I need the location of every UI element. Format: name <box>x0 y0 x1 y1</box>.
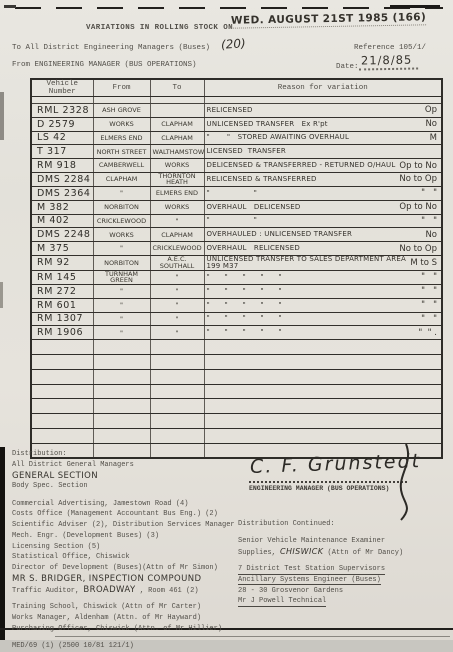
reason-cell: OVERHAUL DELICENSEDOp to No <box>204 200 442 214</box>
table-row: RM 601""" " " " "" " <box>31 298 442 312</box>
reason-wrap: UNLICENSED TRANSFER TO SALES DEPARTMENT … <box>207 256 440 270</box>
date-value-handwritten: 21/8/85 <box>359 52 419 70</box>
to-cell: CLAPHAM <box>150 228 204 242</box>
from-cell: WORKS <box>93 228 150 242</box>
distribution-right-line: 28 - 30 Grosvenor Gardens <box>238 587 450 596</box>
reason-text: " " " " " <box>207 274 282 281</box>
reason-wrap: " " " " "" " <box>207 286 440 296</box>
reason-cell: " " " " "" " <box>204 284 442 298</box>
distribution-left-text: BROADWAY <box>83 585 135 595</box>
reason-cell: " "" " <box>204 186 442 200</box>
date-label: Date: <box>336 63 359 71</box>
to-cell: WORKS <box>150 159 204 173</box>
reason-text: " " " " " <box>207 302 282 309</box>
distribution-right-line: Ancillary Systems Engineer (Buses) <box>238 576 450 585</box>
reason-text: UNLICENSED TRANSFER TO SALES DEPARTMENT … <box>207 256 411 270</box>
reason-cell: DELICENSED & TRANSFERRED - RETURNED O/HA… <box>204 159 442 173</box>
distribution-left-line: Training School, Chiswick (Attn of Mr Ca… <box>12 603 244 612</box>
distribution-left-line: Scientific Adviser (2), Distribution Ser… <box>12 521 244 530</box>
vehicle-number-cell: M 402 <box>31 214 93 228</box>
vehicle-number-cell: M 382 <box>31 200 93 214</box>
status-note: M <box>430 133 439 143</box>
reason-wrap: " " STORED AWAITING OVERHAULM <box>207 133 440 143</box>
distribution-left-text: All District General Managers <box>12 461 134 469</box>
table-row: M 402CRICKLEWOOD"" "" " <box>31 214 442 228</box>
vehicle-number-cell: DMS 2364 <box>31 186 93 200</box>
from-cell: WORKS <box>93 117 150 131</box>
distribution-left-text: Commercial Advertising, Jamestown Road (… <box>12 500 188 508</box>
table-row-empty <box>31 428 442 443</box>
distribution-right-text: Ancillary Systems Engineer (Buses) <box>238 576 381 586</box>
empty-cell <box>31 340 93 355</box>
distribution-right-spacer <box>238 531 450 536</box>
empty-cell <box>93 414 150 429</box>
reason-text: OVERHAUL RELICENSED <box>207 245 300 252</box>
reason-cell: OVERHAULED : UNLICENSED TRANSFERNo <box>204 228 442 242</box>
table-row: RM 92NORBITONA.E.C. SOUTHALLUNLICENSED T… <box>31 255 442 270</box>
memo-title-printed: VARIATIONS IN ROLLING STOCK ON <box>86 24 233 32</box>
signature-flourish-stroke <box>392 442 422 524</box>
from-cell: " <box>93 242 150 256</box>
table-row: RM 272""" " " " "" " <box>31 284 442 298</box>
status-note: " " <box>421 314 439 324</box>
vehicle-number-cell: D 2579 <box>31 117 93 131</box>
from-cell: ELMERS END <box>93 131 150 145</box>
scan-artifact-left-smudge <box>0 92 4 140</box>
gap-cell <box>93 97 150 104</box>
vehicle-number-cell: RM 601 <box>31 298 93 312</box>
scan-artifact-top-left-mark <box>4 5 16 8</box>
status-note: " " . <box>418 328 439 338</box>
vehicle-number-cell: RM 1307 <box>31 312 93 326</box>
reason-wrap: OVERHAUL DELICENSEDOp to No <box>207 202 440 212</box>
status-note: " " <box>421 188 439 198</box>
distribution-left-line: Commercial Advertising, Jamestown Road (… <box>12 500 244 509</box>
from-cell: TURNHAM GREEN <box>93 270 150 284</box>
from-cell: NORBITON <box>93 200 150 214</box>
reason-text: OVERHAULED : UNLICENSED TRANSFER <box>207 231 353 238</box>
distribution-right-text: Mr J Powell Technical <box>238 597 326 607</box>
from-cell: CAMBERWELL <box>93 159 150 173</box>
distribution-right-text: 7 District Test Station Supervisors <box>238 565 385 575</box>
table-row-empty <box>31 369 442 384</box>
from-cell: ASH GROVE <box>93 104 150 118</box>
distribution-right-line: 7 District Test Station Supervisors <box>238 565 450 574</box>
gap-cell <box>150 97 204 104</box>
empty-cell <box>93 340 150 355</box>
reason-wrap: " "" " <box>207 216 440 226</box>
distribution-right-line: Supplies, CHISWICK (Attn of Mr Dancy) <box>238 548 450 557</box>
to-cell: WORKS <box>150 200 204 214</box>
to-cell: CLAPHAM <box>150 131 204 145</box>
table-row: RM 145TURNHAM GREEN"" " " " "" " <box>31 270 442 284</box>
empty-cell <box>31 354 93 369</box>
vehicle-number-cell: T 317 <box>31 145 93 159</box>
from-line: From ENGINEERING MANAGER (BUS OPERATIONS… <box>12 61 197 69</box>
distribution-left-spacer <box>12 597 244 602</box>
from-cell: NORTH STREET <box>93 145 150 159</box>
reason-text: " " STORED AWAITING OVERHAUL <box>207 134 350 141</box>
vehicle-number-cell: RM 272 <box>31 284 93 298</box>
distribution-left-text: , Room 461 (2) <box>136 587 199 595</box>
reason-text: RELICENSED & TRANSFERRED <box>207 176 317 183</box>
col-header-to: To <box>150 79 204 97</box>
distribution-left-text: Distribution: <box>12 450 67 458</box>
signature-title: ENGINEERING MANAGER (BUS OPERATIONS) <box>249 485 389 492</box>
distribution-left-line: Works Manager, Aldenham (Attn. of Mr Hay… <box>12 614 244 623</box>
to-cell: CRICKLEWOOD <box>150 242 204 256</box>
distribution-left-line: Traffic Auditor, BROADWAY , Room 461 (2) <box>12 586 244 595</box>
table-row-empty <box>31 399 442 414</box>
from-cell: " <box>93 284 150 298</box>
empty-cell <box>150 369 204 384</box>
empty-cell <box>150 340 204 355</box>
to-cell: THORNTON HEATH <box>150 172 204 186</box>
empty-cell <box>150 384 204 399</box>
distribution-left-text: GENERAL SECTION <box>12 471 98 481</box>
status-note: Op to No <box>399 161 439 171</box>
reason-cell: RELICENSEDOp <box>204 104 442 118</box>
reason-text: UNLICENSED TRANSFER Ex R'pt <box>207 121 328 128</box>
distribution-list-right: Distribution Continued:Senior Vehicle Ma… <box>238 520 450 608</box>
table-row: RML 2328ASH GROVERELICENSEDOp <box>31 104 442 118</box>
empty-cell <box>93 354 150 369</box>
variations-table-body: RML 2328ASH GROVERELICENSEDOpD 2579WORKS… <box>31 104 442 459</box>
table-row-empty <box>31 354 442 369</box>
empty-cell <box>204 354 442 369</box>
reason-cell: LICENSED TRANSFER <box>204 145 442 159</box>
reason-text: DELICENSED & TRANSFERRED - RETURNED O/HA… <box>207 162 396 169</box>
empty-cell <box>204 369 442 384</box>
empty-cell <box>150 399 204 414</box>
empty-cell <box>31 399 93 414</box>
from-cell: CRICKLEWOOD <box>93 214 150 228</box>
reason-wrap: " " " " "" " <box>207 300 440 310</box>
distribution-left-text: MR S. BRIDGER, INSPECTION COMPOUND <box>12 574 201 584</box>
status-note: Op <box>425 105 439 115</box>
reason-wrap: OVERHAULED : UNLICENSED TRANSFERNo <box>207 230 440 240</box>
empty-cell <box>204 399 442 414</box>
scanned-memo-page: VARIATIONS IN ROLLING STOCK ON WED. AUGU… <box>0 0 453 640</box>
reason-cell: " " " " "" " <box>204 298 442 312</box>
distribution-left-text: Statistical Office, Chiswick <box>12 553 130 561</box>
reason-text: " " " " " <box>207 329 282 336</box>
from-cell: " <box>93 312 150 326</box>
status-note: Op to No <box>399 202 439 212</box>
table-row: RM 918CAMBERWELLWORKSDELICENSED & TRANSF… <box>31 159 442 173</box>
reason-cell: OVERHAUL RELICENSEDNo to Op <box>204 242 442 256</box>
vehicle-number-cell: DMS 2284 <box>31 172 93 186</box>
reason-cell: " "" " <box>204 214 442 228</box>
status-note: No <box>425 119 439 129</box>
table-row: LS 42ELMERS ENDCLAPHAM" " STORED AWAITIN… <box>31 131 442 145</box>
vehicle-number-cell: RM 1906 <box>31 326 93 340</box>
reason-wrap: OVERHAUL RELICENSEDNo to Op <box>207 244 440 254</box>
distribution-left-line: Licensing Section (5) <box>12 543 244 552</box>
reference-number: Reference 105/1/ <box>354 44 426 52</box>
table-row-empty <box>31 414 442 429</box>
distribution-left-line: All District General Managers <box>12 461 244 470</box>
to-cell: " <box>150 326 204 340</box>
reason-wrap: DELICENSED & TRANSFERRED - RETURNED O/HA… <box>207 161 440 171</box>
empty-cell <box>204 384 442 399</box>
status-note: " " <box>421 286 439 296</box>
empty-cell <box>150 428 204 443</box>
status-note: " " <box>421 300 439 310</box>
vehicle-number-cell: RM 145 <box>31 270 93 284</box>
status-note: No <box>425 230 439 240</box>
to-cell: WALTHAMSTOW <box>150 145 204 159</box>
reason-cell: " " " " "" " . <box>204 326 442 340</box>
memo-title-handwritten: WED. AUGUST 21ST 1985 (166) <box>231 11 426 28</box>
empty-cell <box>31 369 93 384</box>
distribution-left-text: Works Manager, Aldenham (Attn. of Mr Hay… <box>12 614 201 622</box>
table-row: M 382NORBITONWORKSOVERHAUL DELICENSEDOp … <box>31 200 442 214</box>
distribution-left-spacer <box>12 493 244 498</box>
distribution-left-text: Costs Office (Management Accountant Bus … <box>12 510 218 518</box>
reason-text: " " <box>207 217 258 224</box>
status-note: No to Op <box>399 174 439 184</box>
empty-cell <box>93 369 150 384</box>
table-row: RM 1307""" " " " "" " <box>31 312 442 326</box>
distribution-left-line: Distribution: <box>12 450 244 459</box>
vehicle-number-cell: RM 92 <box>31 255 93 270</box>
empty-cell <box>93 399 150 414</box>
to-cell: " <box>150 270 204 284</box>
vehicle-number-cell: M 375 <box>31 242 93 256</box>
gap-cell <box>204 97 442 104</box>
distribution-right-text: Supplies, <box>238 549 280 557</box>
distribution-right-line: Distribution Continued: <box>238 520 450 529</box>
signature-dotted-line <box>249 481 407 483</box>
vehicle-number-cell: RM 918 <box>31 159 93 173</box>
table-gap-row <box>31 97 442 104</box>
distribution-left-line: Costs Office (Management Accountant Bus … <box>12 510 244 519</box>
variations-table: Vehicle Number From To Reason for variat… <box>30 78 441 459</box>
to-cell: " <box>150 284 204 298</box>
reason-text: " " " " " <box>207 315 282 322</box>
status-note: No to Op <box>399 244 439 254</box>
distribution-right-text: CHISWICK <box>280 547 323 556</box>
reason-cell: UNLICENSED TRANSFER Ex R'ptNo <box>204 117 442 131</box>
vehicle-number-cell: RML 2328 <box>31 104 93 118</box>
table-row: D 2579WORKSCLAPHAMUNLICENSED TRANSFER Ex… <box>31 117 442 131</box>
table-row: RM 1906""" " " " "" " . <box>31 326 442 340</box>
distribution-left-text: Training School, Chiswick (Attn of Mr Ca… <box>12 603 201 611</box>
empty-cell <box>150 354 204 369</box>
empty-cell <box>31 414 93 429</box>
empty-cell <box>31 384 93 399</box>
status-note: M to S <box>410 258 439 268</box>
reason-wrap: RELICENSEDOp <box>207 105 440 115</box>
col-header-vehicle-number: Vehicle Number <box>31 79 93 97</box>
distribution-left-text: Licensing Section (5) <box>12 543 100 551</box>
from-cell: " <box>93 298 150 312</box>
reason-cell: UNLICENSED TRANSFER TO SALES DEPARTMENT … <box>204 255 442 270</box>
table-row: M 375"CRICKLEWOODOVERHAUL RELICENSEDNo t… <box>31 242 442 256</box>
distribution-right-text: 28 - 30 Grosvenor Gardens <box>238 587 343 595</box>
distribution-right-line: Senior Vehicle Maintenance Examiner <box>238 537 450 546</box>
to-cell: " <box>150 298 204 312</box>
distribution-left-line: Purchasing Officer, Chiswick (Attn. of M… <box>12 625 244 634</box>
to-cell: " <box>150 312 204 326</box>
from-cell: " <box>93 186 150 200</box>
reason-text: " " <box>207 190 258 197</box>
reason-wrap: " "" " <box>207 188 440 198</box>
scan-artifact-left-smudge <box>0 282 3 308</box>
from-cell: NORBITON <box>93 255 150 270</box>
status-note: " " <box>421 272 439 282</box>
reason-wrap: " " " " "" " <box>207 272 440 282</box>
empty-cell <box>93 428 150 443</box>
reason-cell: RELICENSED & TRANSFERREDNo to Op <box>204 172 442 186</box>
distribution-right-spacer <box>238 559 450 564</box>
to-cell: " <box>150 214 204 228</box>
reason-cell: " " " " "" " <box>204 270 442 284</box>
from-cell: CLAPHAM <box>93 172 150 186</box>
empty-cell <box>204 414 442 429</box>
to-annotation-handwritten: (20) <box>221 36 247 52</box>
distribution-left-spacer <box>12 635 244 640</box>
distribution-left-line: Director of Development (Buses)(Attn of … <box>12 564 244 573</box>
distribution-list-left: Distribution:All District General Manage… <box>12 450 244 640</box>
scan-artifact-top-line <box>15 7 443 9</box>
reason-cell: " " " " "" " <box>204 312 442 326</box>
distribution-left-line: Mech. Engr. (Development Buses) (3) <box>12 532 244 541</box>
reason-wrap: " " " " "" " <box>207 314 440 324</box>
reason-text: RELICENSED <box>207 107 253 114</box>
distribution-left-line: Body Spec. Section <box>12 482 244 491</box>
table-header-row: Vehicle Number From To Reason for variat… <box>31 79 442 97</box>
table-row: T 317NORTH STREETWALTHAMSTOWLICENSED TRA… <box>31 145 442 159</box>
distribution-left-text: Purchasing Officer, Chiswick (Attn. of M… <box>12 625 222 633</box>
distribution-right-text: (Attn of Mr Dancy) <box>323 549 403 557</box>
distribution-left-text: Director of Development (Buses)(Attn of … <box>12 564 218 572</box>
from-cell: " <box>93 326 150 340</box>
to-line: To All District Engineering Managers (Bu… <box>12 44 210 52</box>
table-row-empty <box>31 340 442 355</box>
empty-cell <box>31 428 93 443</box>
reason-wrap: " " " " "" " . <box>207 328 440 338</box>
to-cell: ELMERS END <box>150 186 204 200</box>
reason-wrap: UNLICENSED TRANSFER Ex R'ptNo <box>207 119 440 129</box>
reason-text: OVERHAUL DELICENSED <box>207 204 301 211</box>
distribution-left-text: Traffic Auditor, <box>12 587 83 595</box>
vehicle-number-cell: DMS 2248 <box>31 228 93 242</box>
empty-cell <box>93 384 150 399</box>
distribution-left-line: GENERAL SECTION <box>12 472 244 481</box>
distribution-right-text: Senior Vehicle Maintenance Examiner <box>238 537 385 545</box>
to-cell <box>150 104 204 118</box>
distribution-left-text: Mech. Engr. (Development Buses) (3) <box>12 532 159 540</box>
empty-cell <box>150 414 204 429</box>
reason-cell: " " STORED AWAITING OVERHAULM <box>204 131 442 145</box>
scan-artifact-top-right-mark <box>390 5 440 8</box>
vehicle-number-cell: LS 42 <box>31 131 93 145</box>
table-row: DMS 2248WORKSCLAPHAMOVERHAULED : UNLICEN… <box>31 228 442 242</box>
distribution-left-text: Body Spec. Section <box>12 482 88 490</box>
empty-cell <box>204 340 442 355</box>
reason-text: LICENSED TRANSFER <box>207 148 286 155</box>
distribution-left-line: Statistical Office, Chiswick <box>12 553 244 562</box>
table-row: DMS 2364"ELMERS END" "" " <box>31 186 442 200</box>
status-note: " " <box>421 216 439 226</box>
col-header-reason: Reason for variation <box>204 79 442 97</box>
empty-cell <box>204 428 442 443</box>
table-row-empty <box>31 384 442 399</box>
table-row: DMS 2284CLAPHAMTHORNTON HEATHRELICENSED … <box>31 172 442 186</box>
gap-cell <box>31 97 93 104</box>
col-header-from: From <box>93 79 150 97</box>
distribution-left-text: Scientific Adviser (2), Distribution Ser… <box>12 521 235 529</box>
to-cell: A.E.C. SOUTHALL <box>150 255 204 270</box>
distribution-left-line: MR S. BRIDGER, INSPECTION COMPOUND <box>12 575 244 584</box>
reason-text: " " " " " <box>207 288 282 295</box>
distribution-right-text: Distribution Continued: <box>238 520 335 528</box>
reason-wrap: LICENSED TRANSFER <box>207 148 440 155</box>
reason-wrap: RELICENSED & TRANSFERREDNo to Op <box>207 174 440 184</box>
to-cell: CLAPHAM <box>150 117 204 131</box>
scan-artifact-left-bar <box>0 447 5 640</box>
distribution-right-line: Mr J Powell Technical <box>238 597 450 606</box>
